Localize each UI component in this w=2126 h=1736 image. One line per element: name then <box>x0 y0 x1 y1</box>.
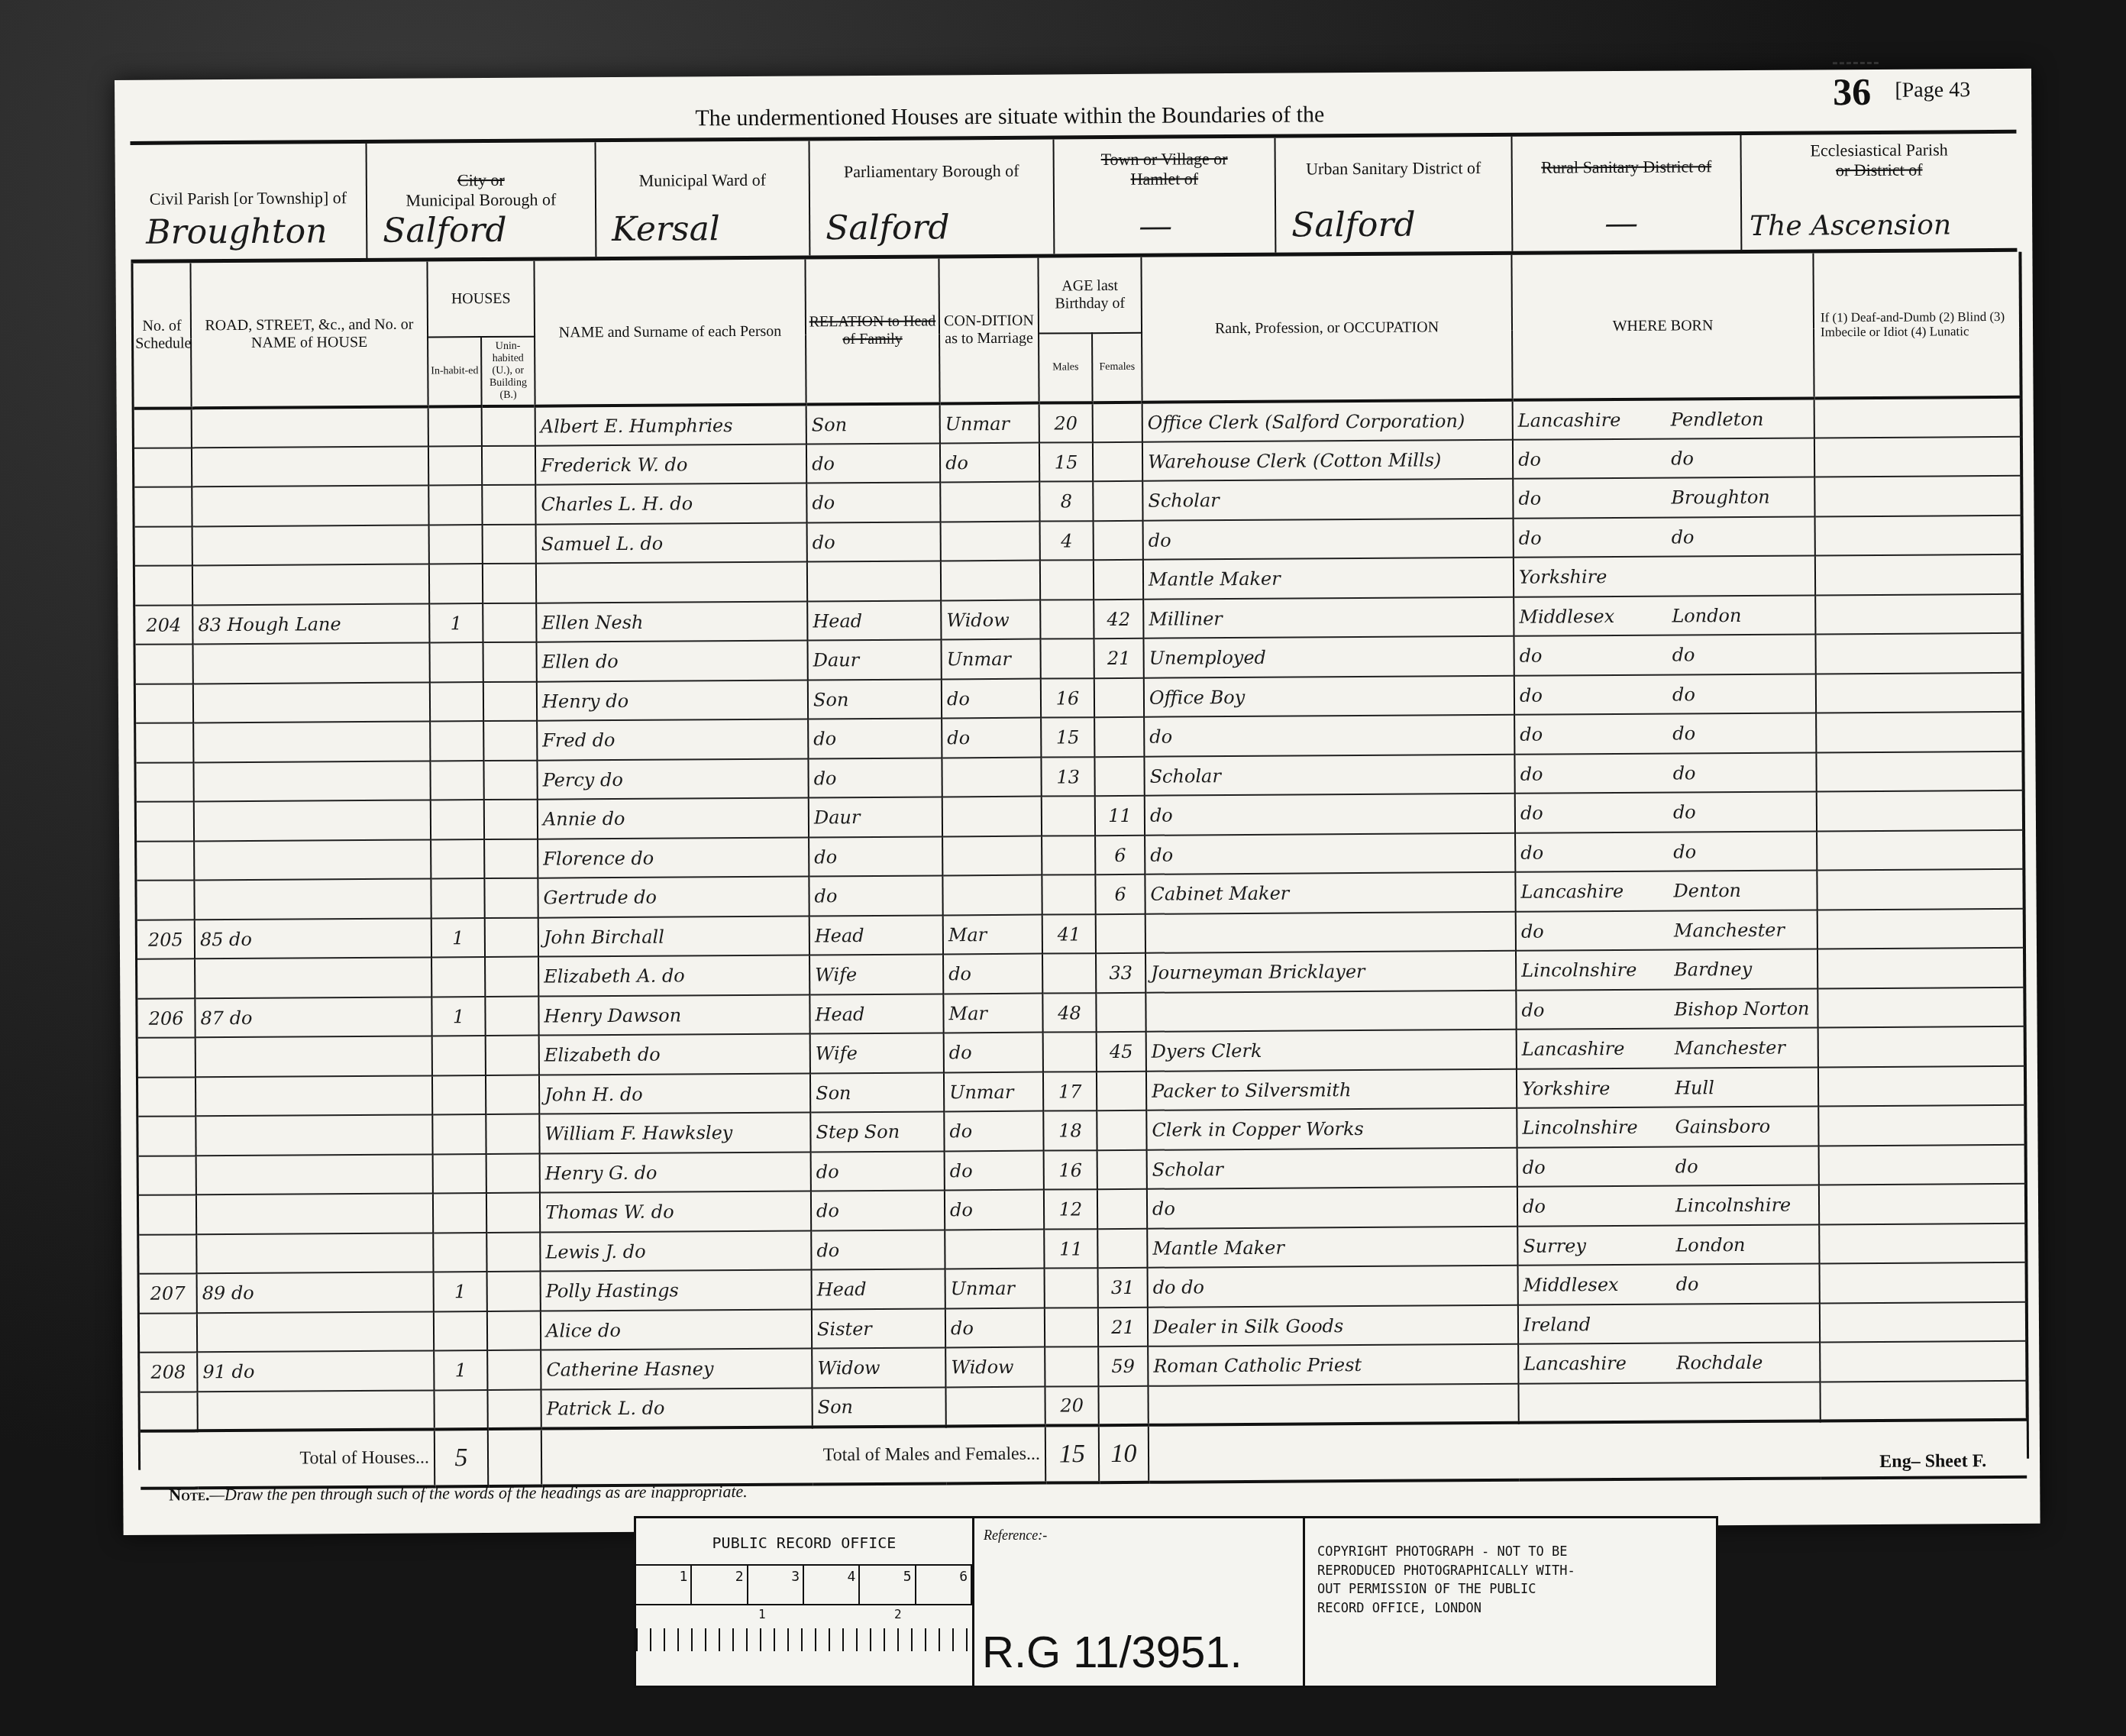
age-female-cell: 59 <box>1098 1346 1148 1386</box>
uninhabited-cell <box>482 446 535 486</box>
town-village-struck-label: Town or Village or <box>1062 149 1267 170</box>
uninhabited-cell <box>485 997 538 1036</box>
birth-county: Yorkshire <box>1519 566 1672 588</box>
condition-cell <box>940 482 1039 522</box>
relation-cell: Head <box>812 1269 945 1310</box>
birth-county: do <box>1520 645 1672 667</box>
occupation-cell: Clerk in Copper Works <box>1146 1108 1517 1149</box>
total-houses-label: Total of Houses... <box>141 1430 435 1489</box>
birth-place: Bishop Norton <box>1674 997 1809 1020</box>
occupation-cell: do <box>1143 519 1514 560</box>
address-cell <box>195 1036 432 1077</box>
condition-cell <box>941 561 1040 600</box>
address-cell <box>195 1075 432 1116</box>
name-cell: Henry do <box>537 680 808 721</box>
where-born-cell <box>1518 1382 1820 1423</box>
name-cell: Florence do <box>538 837 809 878</box>
infirmity-cell <box>1818 1066 2024 1107</box>
age-female-cell <box>1093 402 1142 442</box>
where-born-cell: dodo <box>1514 752 1816 794</box>
birth-place: do <box>1673 762 1696 784</box>
locality-header: Civil Parish [or Township] of Broughton … <box>131 134 2018 263</box>
infirmity-cell <box>1817 790 2023 831</box>
name-cell: Henry Dawson <box>538 994 809 1036</box>
ruler-mark: 1 <box>636 1566 692 1604</box>
age-female-cell <box>1094 521 1143 561</box>
municipal-ward-cell: Municipal Ward of Kersal <box>596 141 811 257</box>
birth-county: Lancashire <box>1522 1038 1675 1060</box>
age-female-cell <box>1097 1110 1146 1150</box>
inhabited-cell: 1 <box>429 603 483 643</box>
uninhabited-cell <box>485 957 538 997</box>
uninhabited-cell <box>487 1272 541 1311</box>
infirmity-cell <box>1814 476 2021 516</box>
address-cell <box>195 1115 432 1156</box>
occupation-cell <box>1145 912 1516 953</box>
age-female-cell <box>1094 560 1143 600</box>
age-male-cell: 16 <box>1044 1150 1097 1190</box>
age-male-cell <box>1042 954 1096 994</box>
inhabited-cell <box>433 1154 486 1194</box>
age-female-cell: 21 <box>1098 1308 1148 1347</box>
inhabited-cell <box>430 643 483 683</box>
address-cell <box>194 839 431 880</box>
condition-cell: do <box>940 443 1039 483</box>
note-text: —Draw the pen through such of the words … <box>209 1482 748 1504</box>
relation-cell: Sister <box>812 1308 945 1349</box>
age-female-cell <box>1097 1229 1147 1269</box>
occupation-cell: do do <box>1148 1266 1518 1307</box>
ruler-inch-mark: 1 <box>758 1607 766 1621</box>
town-village-value: — <box>1139 207 1172 246</box>
infirmity-cell <box>1817 830 2023 871</box>
schedule-cell <box>138 1077 195 1117</box>
relation-cell: Son <box>806 404 940 445</box>
ecclesiastical-parish-label: Ecclesiastical Parish <box>1750 140 2009 161</box>
birth-county: do <box>1518 448 1671 470</box>
uninhabited-cell <box>487 1390 541 1430</box>
inhabited-cell <box>431 839 484 879</box>
condition-cell: Unmar <box>942 639 1041 679</box>
ecclesiastical-parish-cell: Ecclesiastical Parish or District of The… <box>1741 134 2017 250</box>
totals-row: Total of Houses... 5 Total of Males and … <box>141 1420 2027 1489</box>
infirmity-cell <box>1815 554 2021 595</box>
uninhabited-cell <box>486 1193 540 1233</box>
col-relation: RELATION to Head of Family <box>805 258 939 405</box>
age-female-cell <box>1093 481 1142 521</box>
name-cell: Henry G. do <box>540 1152 811 1193</box>
col-name: NAME and Surname of each Person <box>534 259 806 406</box>
name-cell: Percy do <box>537 758 808 800</box>
inhabited-cell <box>428 407 482 447</box>
condition-cell: do <box>942 679 1041 719</box>
ecclesiastical-district-struck-label: or District of <box>1750 160 2009 181</box>
age-female-cell <box>1097 1189 1147 1229</box>
uninhabited-cell <box>483 642 537 682</box>
age-male-cell: 18 <box>1043 1111 1097 1151</box>
infirmity-cell <box>1815 594 2021 635</box>
age-male-cell: 41 <box>1042 914 1096 954</box>
schedule-cell <box>134 448 192 487</box>
condition-cell: do <box>942 718 1041 758</box>
relation-cell: do <box>811 1230 945 1270</box>
inhabited-cell <box>430 761 483 800</box>
address-cell <box>195 958 431 998</box>
address-cell <box>194 879 431 920</box>
birth-county: Lancashire <box>1518 409 1671 431</box>
schedule-cell <box>136 684 193 723</box>
where-born-cell: YorkshireHull <box>1517 1067 1818 1108</box>
civil-parish-value: Broughton <box>146 212 328 251</box>
address-cell <box>197 1390 434 1431</box>
uninhabited-cell <box>484 800 538 839</box>
name-cell: Polly Hastings <box>541 1270 812 1311</box>
condition-cell: Mar <box>943 994 1042 1033</box>
address-cell <box>194 800 431 841</box>
relation-cell: Son <box>808 679 942 719</box>
relation-cell: Wife <box>809 955 943 995</box>
condition-cell <box>942 875 1042 915</box>
birth-place: do <box>1672 723 1695 745</box>
name-cell <box>536 562 807 603</box>
birth-county: Ireland <box>1523 1313 1676 1335</box>
col-uninhabited: Unin-habited (U.), or Building (B.) <box>481 337 535 407</box>
census-sheet: The undermentioned Houses are situate wi… <box>115 69 2040 1535</box>
age-male-cell: 8 <box>1039 482 1093 522</box>
col-road: ROAD, STREET, &c., and No. or NAME of HO… <box>190 262 428 409</box>
condition-cell: Mar <box>943 915 1042 955</box>
where-born-cell: Ireland <box>1518 1303 1820 1344</box>
occupation-cell: Scholar <box>1144 755 1514 796</box>
condition-cell: Unmar <box>944 1072 1043 1112</box>
boundary-title: The undermentioned Houses are situate wi… <box>695 102 1324 131</box>
schedule-cell: 205 <box>137 920 195 959</box>
relation-cell: do <box>809 836 942 877</box>
name-cell: Catherine Hasney <box>541 1349 812 1390</box>
age-male-cell <box>1045 1308 1098 1347</box>
where-born-cell: dodo <box>1514 635 1815 676</box>
municipal-ward-label: Municipal Ward of <box>604 170 801 192</box>
infirmity-cell <box>1817 948 2024 988</box>
condition-cell <box>942 758 1041 797</box>
schedule-cell <box>136 762 193 802</box>
dash-mark <box>1833 62 1879 64</box>
relation-cell: Daur <box>809 797 942 838</box>
inhabited-cell <box>431 800 484 840</box>
age-female-cell: 6 <box>1095 874 1145 914</box>
occupation-cell: Mantle Maker <box>1143 558 1514 599</box>
condition-cell: do <box>944 1033 1043 1072</box>
occupation-cell <box>1145 991 1516 1032</box>
infirmity-cell <box>1816 752 2022 792</box>
ruler-mark: 5 <box>860 1566 916 1604</box>
inhabited-cell <box>432 1115 486 1155</box>
birth-county: Yorkshire <box>1522 1077 1675 1099</box>
address-cell <box>192 525 429 565</box>
schedule-cell <box>138 1117 195 1156</box>
infirmity-cell <box>1820 1262 2026 1303</box>
inhabited-cell <box>428 486 482 525</box>
occupation-cell: do <box>1147 1187 1517 1228</box>
schedule-cell <box>135 566 192 606</box>
infirmity-cell <box>1815 516 2021 556</box>
col-females: Females <box>1092 333 1142 403</box>
uninhabited-cell <box>482 485 535 525</box>
age-female-cell: 31 <box>1098 1268 1148 1308</box>
pro-reference-strip: PUBLIC RECORD OFFICE 1 2 3 4 5 6 1 2 Ref… <box>634 1516 1718 1688</box>
age-female-cell <box>1097 1150 1147 1190</box>
infirmity-cell <box>1820 1341 2026 1382</box>
condition-cell: do <box>945 1151 1044 1191</box>
where-born-cell: MiddlesexLondon <box>1514 595 1815 636</box>
schedule-cell <box>134 487 192 527</box>
infirmity-cell <box>1816 673 2022 713</box>
copyright-line: RECORD OFFICE, LONDON <box>1317 1599 1704 1618</box>
where-born-cell: LancashireManchester <box>1517 1028 1818 1069</box>
age-female-cell <box>1093 442 1142 482</box>
pro-office-title: PUBLIC RECORD OFFICE <box>636 1518 972 1566</box>
where-born-cell: LancashireDenton <box>1515 871 1817 912</box>
address-cell <box>197 1311 434 1352</box>
schedule-cell: 208 <box>140 1353 197 1392</box>
uninhabited-cell <box>483 603 536 643</box>
infirmity-cell <box>1817 988 2024 1028</box>
where-born-cell: LancashirePendleton <box>1513 399 1814 440</box>
birth-county: do <box>1523 1156 1675 1178</box>
condition-cell: Unmar <box>945 1269 1045 1308</box>
col-condition: CON-DITION as to Marriage <box>939 258 1039 404</box>
address-cell: 85 do <box>195 918 431 959</box>
birth-county <box>1524 1408 1677 1409</box>
birth-county: do <box>1520 841 1673 863</box>
schedule-cell: 207 <box>140 1274 197 1314</box>
birth-county: Middlesex <box>1519 605 1672 627</box>
pro-ruler-block: PUBLIC RECORD OFFICE 1 2 3 4 5 6 1 2 <box>636 1518 974 1686</box>
birth-county: do <box>1518 487 1671 509</box>
name-cell: Samuel L. do <box>536 522 807 564</box>
uninhabited-cell <box>483 761 537 800</box>
urban-sanitary-label: Urban Sanitary District of <box>1284 158 1504 179</box>
where-born-cell: dodo <box>1513 438 1814 479</box>
name-cell: Thomas W. do <box>540 1191 811 1233</box>
uninhabited-cell <box>485 918 538 958</box>
occupation-cell <box>1148 1384 1518 1425</box>
col-where-born: WHERE BORN <box>1511 253 1814 400</box>
occupation-cell: Unemployed <box>1144 636 1514 677</box>
copyright-line: COPYRIGHT PHOTOGRAPH - NOT TO BE <box>1317 1543 1704 1562</box>
inhabited-cell <box>434 1390 487 1430</box>
age-male-cell <box>1041 639 1094 679</box>
col-relation-label: RELATION to Head of Family <box>809 313 936 348</box>
age-female-cell: 11 <box>1095 796 1145 836</box>
uninhabited-cell <box>484 839 538 879</box>
schedule-cell <box>137 802 194 842</box>
infirmity-cell <box>1819 1145 2025 1185</box>
relation-cell: do <box>811 1151 945 1191</box>
name-cell: Ellen Nesh <box>536 601 807 642</box>
birth-place: do <box>1672 645 1695 666</box>
uninhabited-cell <box>483 525 536 564</box>
age-male-cell: 16 <box>1041 678 1094 718</box>
occupation-cell: Warehouse Clerk (Cotton Mills) <box>1142 440 1513 481</box>
parliamentary-borough-label: Parliamentary Borough of <box>818 161 1045 183</box>
where-born-cell: LancashireRochdale <box>1518 1343 1820 1384</box>
birth-place: do <box>1672 526 1695 548</box>
address-cell <box>192 446 428 487</box>
infirmity-cell <box>1816 712 2022 752</box>
uninhabited-cell <box>483 682 537 722</box>
age-male-cell <box>1043 1033 1097 1072</box>
schedule-cell <box>136 723 193 763</box>
ruler-mark: 2 <box>692 1566 748 1604</box>
city-struck-label: City or <box>375 170 587 191</box>
birth-place: do <box>1675 1156 1698 1177</box>
census-table-container: No. of Schedule ROAD, STREET, &c., and N… <box>131 252 2029 1470</box>
age-male-cell <box>1045 1347 1098 1387</box>
name-cell: Elizabeth A. do <box>538 955 809 997</box>
uninhabited-cell <box>486 1233 540 1272</box>
urban-sanitary-value: Salford <box>1291 205 1416 245</box>
uninhabited-cell <box>487 1311 541 1351</box>
address-cell <box>192 564 429 605</box>
ruler-inch-mark: 2 <box>894 1607 902 1621</box>
occupation-cell: do <box>1145 833 1515 874</box>
age-male-cell <box>1045 1269 1098 1308</box>
where-born-cell: doManchester <box>1516 910 1817 951</box>
condition-cell <box>945 1230 1044 1269</box>
occupation-cell: Roman Catholic Priest <box>1148 1344 1518 1385</box>
reference-label: Reference:- <box>984 1527 1047 1544</box>
relation-cell: Head <box>809 915 943 955</box>
uninhabited-cell <box>483 564 536 603</box>
urban-sanitary-cell: Urban Sanitary District of Salford <box>1275 137 1513 253</box>
birth-place: Hull <box>1675 1077 1714 1098</box>
address-cell: 91 do <box>197 1351 434 1392</box>
infirmity-cell <box>1817 869 2023 910</box>
address-cell <box>193 722 430 762</box>
parliamentary-borough-value: Salford <box>826 208 950 247</box>
where-born-cell: dodo <box>1515 831 1817 872</box>
relation-cell: Widow <box>812 1348 945 1388</box>
infirmity-cell <box>1814 437 2021 477</box>
birth-place: Broughton <box>1671 487 1770 509</box>
name-cell: Albert E. Humphries <box>535 405 806 446</box>
hamlet-label: Hamlet of <box>1062 169 1267 190</box>
occupation-cell: Journeyman Bricklayer <box>1145 951 1516 992</box>
inhabited-cell <box>429 564 483 604</box>
infirmity-cell <box>1819 1224 2025 1264</box>
schedule-cell <box>137 841 194 881</box>
age-female-cell <box>1094 717 1144 757</box>
relation-cell: do <box>809 876 942 916</box>
schedule-cell <box>137 881 194 920</box>
sheet-identifier: Eng– Sheet F. <box>1879 1451 1986 1473</box>
relation-cell: do <box>808 719 942 759</box>
infirmity-cell <box>1818 1105 2024 1146</box>
uninhabited-cell <box>486 1075 539 1115</box>
col-schedule: No. of Schedule <box>133 263 191 409</box>
birth-place: do <box>1671 448 1694 469</box>
ruler-mark: 3 <box>748 1566 804 1604</box>
birth-place: Bardney <box>1674 959 1752 981</box>
header-row: No. of Schedule ROAD, STREET, &c., and N… <box>133 252 2020 339</box>
schedule-cell <box>139 1234 196 1274</box>
where-born-cell: dodo <box>1514 713 1816 755</box>
condition-cell: Unmar <box>940 403 1039 443</box>
where-born-cell: doBroughton <box>1513 477 1814 519</box>
inhabited-cell <box>430 682 483 722</box>
condition-cell: do <box>945 1308 1045 1348</box>
condition-cell: do <box>944 1111 1043 1151</box>
name-cell: Patrick L. do <box>541 1388 812 1429</box>
address-cell: 87 do <box>195 997 431 1037</box>
relation-cell: do <box>806 483 940 523</box>
schedule-cell <box>137 959 195 999</box>
infirmity-cell <box>1815 633 2021 674</box>
age-female-cell <box>1096 993 1145 1033</box>
occupation-cell: Scholar <box>1142 479 1513 520</box>
total-females-value: 10 <box>1099 1425 1149 1482</box>
occupation-cell: Office Boy <box>1144 676 1514 717</box>
inhabited-cell <box>431 879 484 919</box>
ruler-scale-top: 1 2 3 4 5 6 <box>636 1566 972 1605</box>
occupation-cell: do <box>1145 794 1515 835</box>
relation-cell: do <box>811 1191 945 1231</box>
birth-place: do <box>1672 684 1695 705</box>
copyright-line: OUT PERMISSION OF THE PUBLIC <box>1317 1580 1704 1599</box>
inhabited-cell: 1 <box>431 997 485 1036</box>
age-female-cell <box>1094 678 1144 718</box>
condition-cell <box>942 836 1042 876</box>
note-prefix: Note. <box>169 1485 209 1504</box>
uninhabited-cell <box>482 406 535 446</box>
address-cell <box>196 1154 433 1195</box>
age-female-cell <box>1094 757 1144 797</box>
relation-cell: Step Son <box>810 1112 944 1152</box>
birth-county: Lincolnshire <box>1522 1117 1675 1139</box>
inhabited-cell <box>432 1075 486 1115</box>
age-female-cell: 45 <box>1097 1032 1146 1072</box>
birth-county: Surrey <box>1523 1234 1675 1256</box>
municipal-borough-value: Salford <box>383 211 507 251</box>
schedule-cell <box>135 526 192 566</box>
schedule-cell <box>136 645 193 684</box>
reference-value: R.G 11/3951. <box>982 1627 1242 1678</box>
occupation-cell: Dealer in Silk Goods <box>1148 1305 1518 1346</box>
condition-cell: do <box>943 954 1042 994</box>
name-cell: Fred do <box>537 719 808 761</box>
address-cell <box>192 407 428 448</box>
name-cell: John Birchall <box>538 916 809 957</box>
occupation-cell: Scholar <box>1147 1148 1517 1189</box>
name-cell: William F. Hawksley <box>539 1113 810 1154</box>
birth-county: do <box>1521 920 1674 942</box>
uninhabited-cell <box>483 721 537 761</box>
occupation-cell: Packer to Silversmith <box>1146 1069 1517 1110</box>
age-male-cell: 13 <box>1041 757 1094 797</box>
relation-cell: Wife <box>810 1033 944 1074</box>
relation-cell: do <box>808 758 942 798</box>
where-born-cell: Yorkshire <box>1514 556 1815 597</box>
total-males-value: 15 <box>1045 1426 1099 1483</box>
name-cell: Lewis J. do <box>540 1230 811 1272</box>
age-female-cell <box>1096 914 1145 954</box>
relation-cell: Son <box>810 1072 944 1113</box>
age-male-cell: 17 <box>1043 1072 1097 1111</box>
birth-county: Lancashire <box>1520 881 1673 903</box>
where-born-cell: dodo <box>1515 792 1817 833</box>
age-male-cell: 12 <box>1044 1190 1097 1230</box>
